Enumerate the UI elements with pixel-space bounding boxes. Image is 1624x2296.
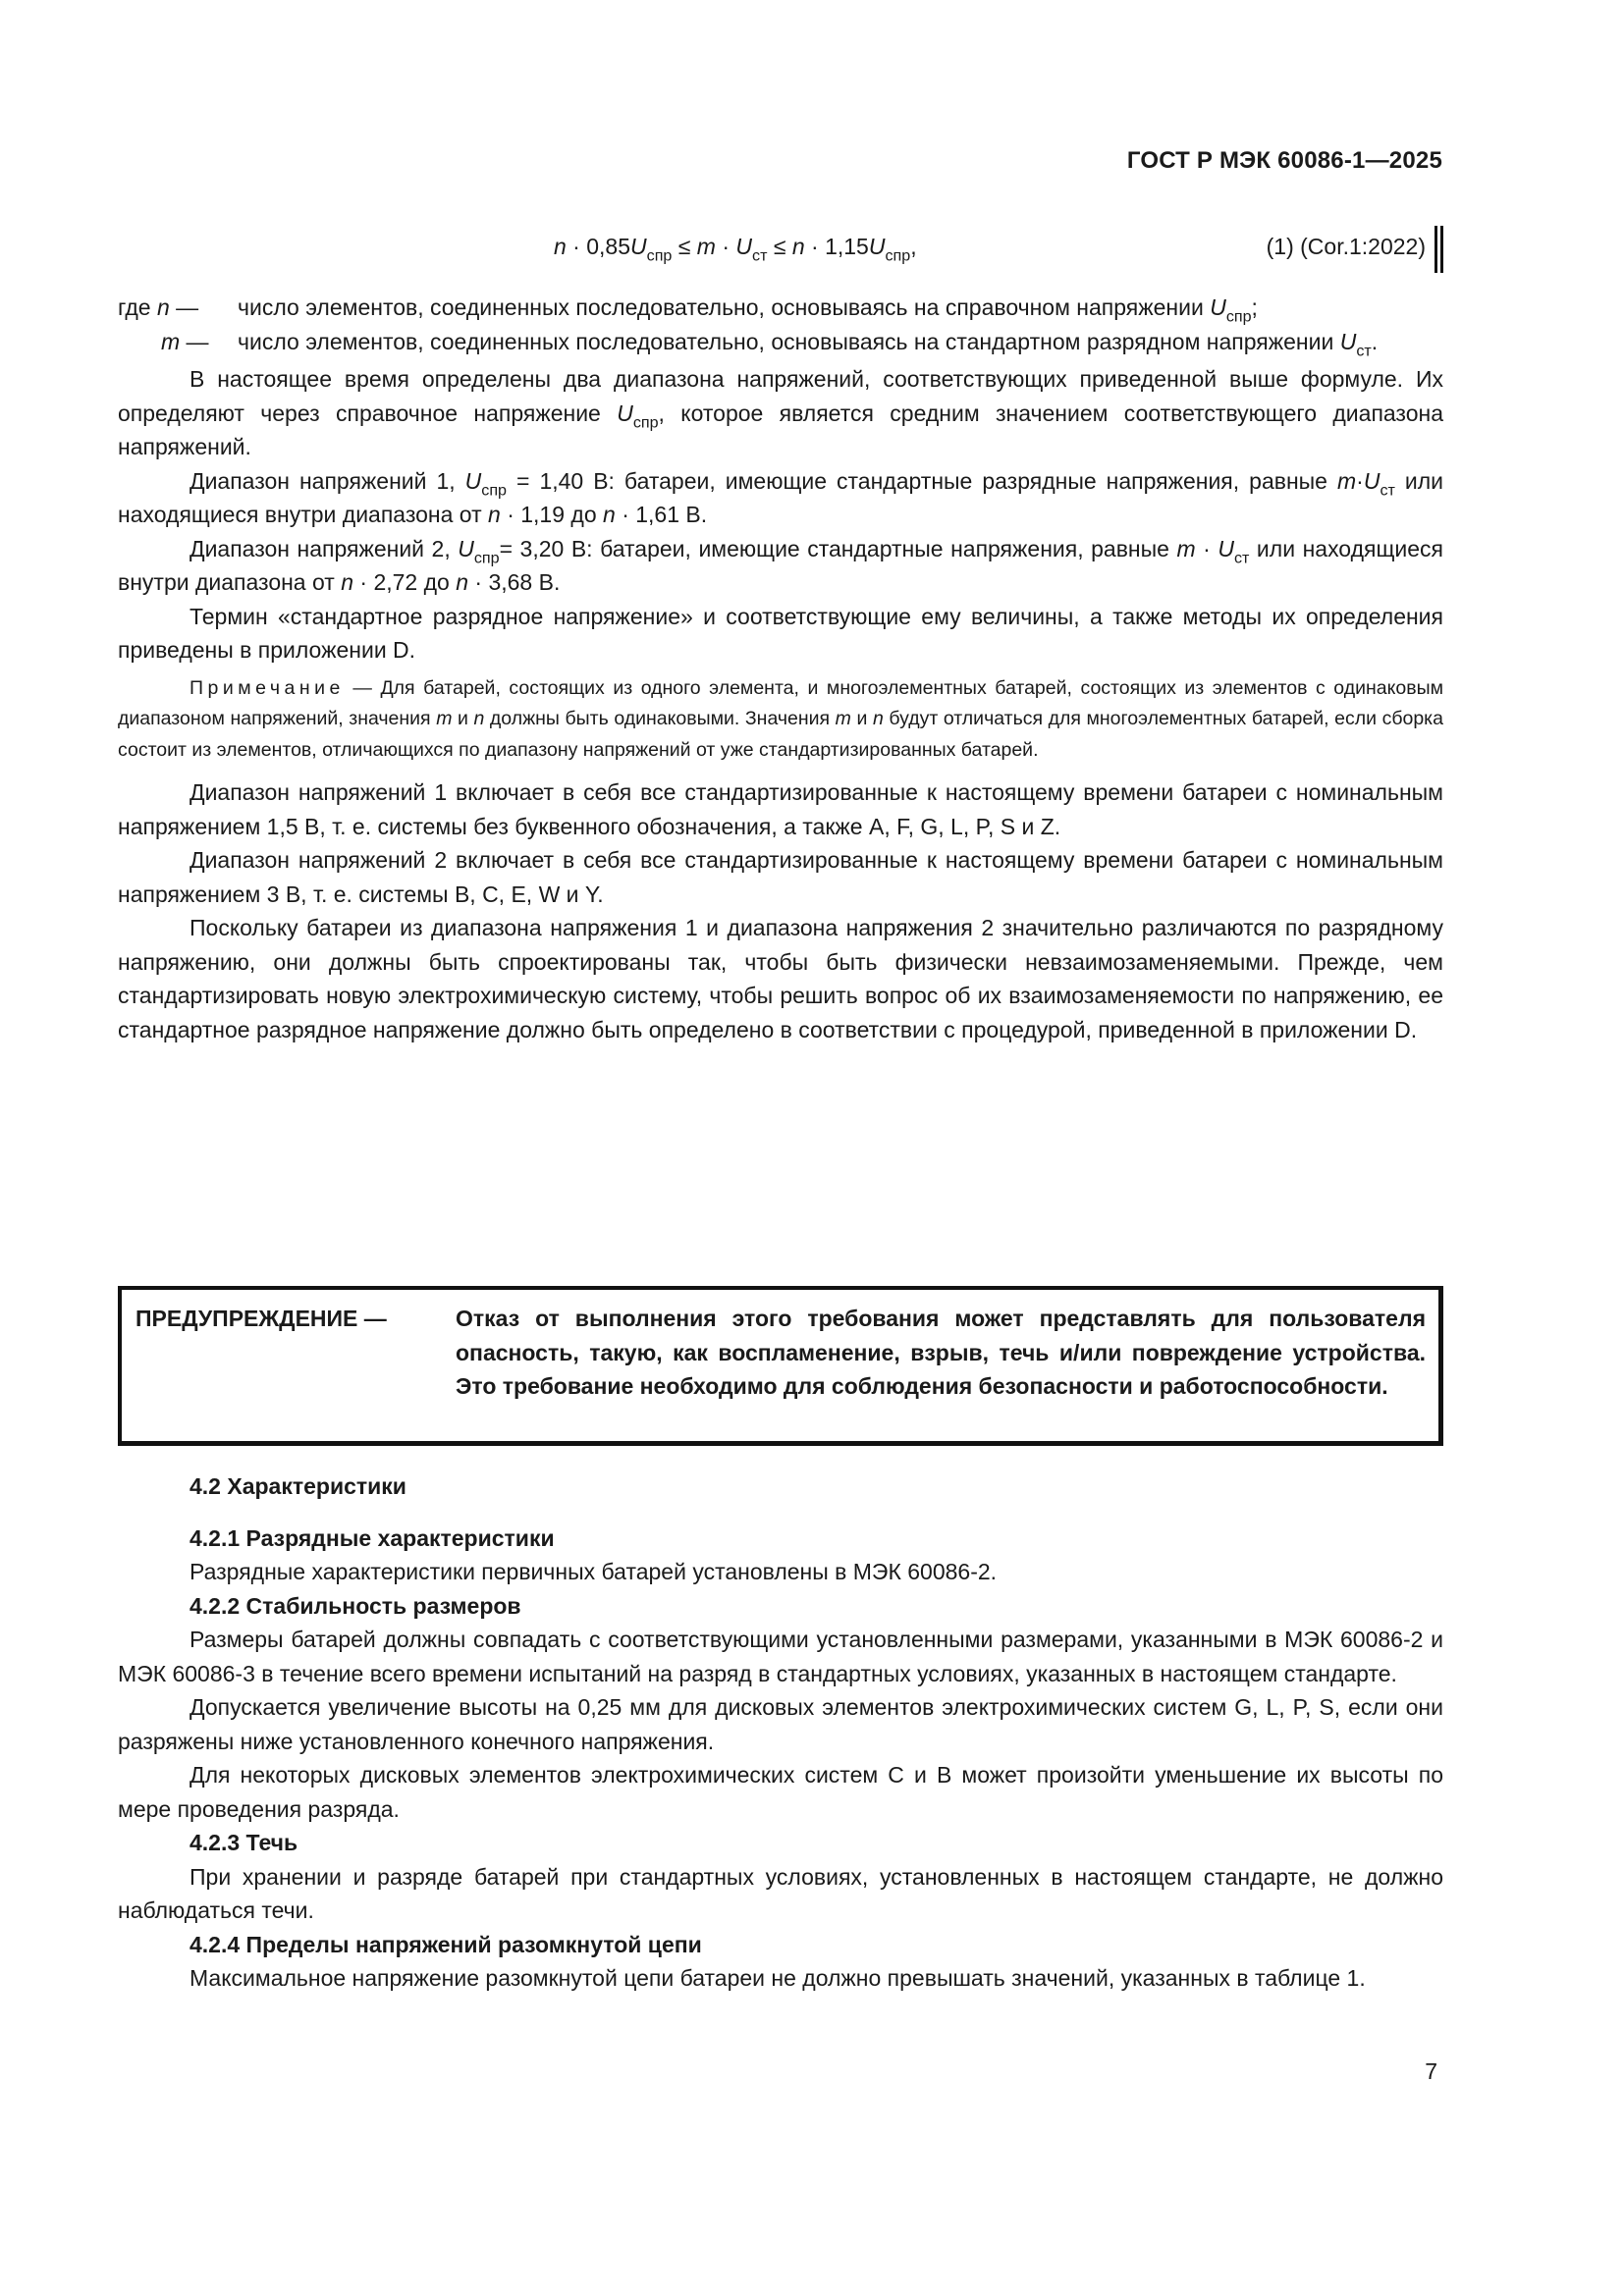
sections: 4.2 Характеристики 4.2.1 Разрядные харак… (118, 1469, 1443, 1996)
note: Примечание — Для батарей, состоящих из о… (118, 673, 1443, 767)
paragraph-range-1: Диапазон напряжений 1, Uспр = 1,40 В: ба… (118, 464, 1443, 532)
formula-1: n · 0,85Uспр ≤ m · Uст ≤ n · 1,15Uспр, (… (118, 234, 1443, 273)
paragraph-range-1-systems: Диапазон напряжений 1 включает в себя вс… (118, 775, 1443, 843)
section-heading-4-2: 4.2 Характеристики (118, 1469, 1443, 1504)
formula-reference: (1) (Cor.1:2022) (1267, 234, 1426, 260)
section-paragraph: Допускается увеличение высоты на 0,25 мм… (118, 1690, 1443, 1758)
section-paragraph: Разрядные характеристики первичных батар… (118, 1555, 1443, 1589)
section-heading-4-2-4: 4.2.4 Пределы напряжений разомкнутой цеп… (118, 1928, 1443, 1962)
paragraph-term-definition: Термин «стандартное разрядное напряжение… (118, 600, 1443, 667)
section-heading-4-2-2: 4.2.2 Стабильность размеров (118, 1589, 1443, 1624)
paragraph-range-2-systems: Диапазон напряжений 2 включает в себя вс… (118, 843, 1443, 911)
where-m-definition: m — число элементов, соединенных последо… (118, 325, 1443, 359)
warning-text: Отказ от выполнения этого требования мож… (456, 1302, 1426, 1404)
section-heading-4-2-1: 4.2.1 Разрядные характеристики (118, 1522, 1443, 1556)
paragraph-interchangeability: Поскольку батареи из диапазона напряжени… (118, 911, 1443, 1046)
paragraph-range-2: Диапазон напряжений 2, Uспр= 3,20 В: бат… (118, 532, 1443, 600)
document-id-header: ГОСТ Р МЭК 60086-1—2025 (1127, 147, 1442, 175)
section-heading-4-2-3: 4.2.3 Течь (118, 1826, 1443, 1860)
section-paragraph: Максимальное напряжение разомкнутой цепи… (118, 1961, 1443, 1996)
warning-label: ПРЕДУПРЕЖДЕНИЕ — (135, 1302, 387, 1336)
formula-expression: n · 0,85Uспр ≤ m · Uст ≤ n · 1,15Uспр, (554, 234, 917, 260)
change-marker (1435, 226, 1443, 273)
section-paragraph: Размеры батарей должны совпадать с соотв… (118, 1623, 1443, 1690)
section-paragraph: При хранении и разряде батарей при станд… (118, 1860, 1443, 1928)
warning-box: ПРЕДУПРЕЖДЕНИЕ — Отказ от выполнения это… (118, 1286, 1443, 1446)
note-label: Примечание (189, 677, 345, 699)
page-number: 7 (1425, 2058, 1437, 2085)
paragraph-voltage-ranges: В настоящее время определены два диапазо… (118, 362, 1443, 464)
body-text: где n — число элементов, соединенных пос… (118, 291, 1443, 1046)
section-paragraph: Для некоторых дисковых элементов электро… (118, 1758, 1443, 1826)
where-n-definition: где n — число элементов, соединенных пос… (118, 291, 1443, 325)
